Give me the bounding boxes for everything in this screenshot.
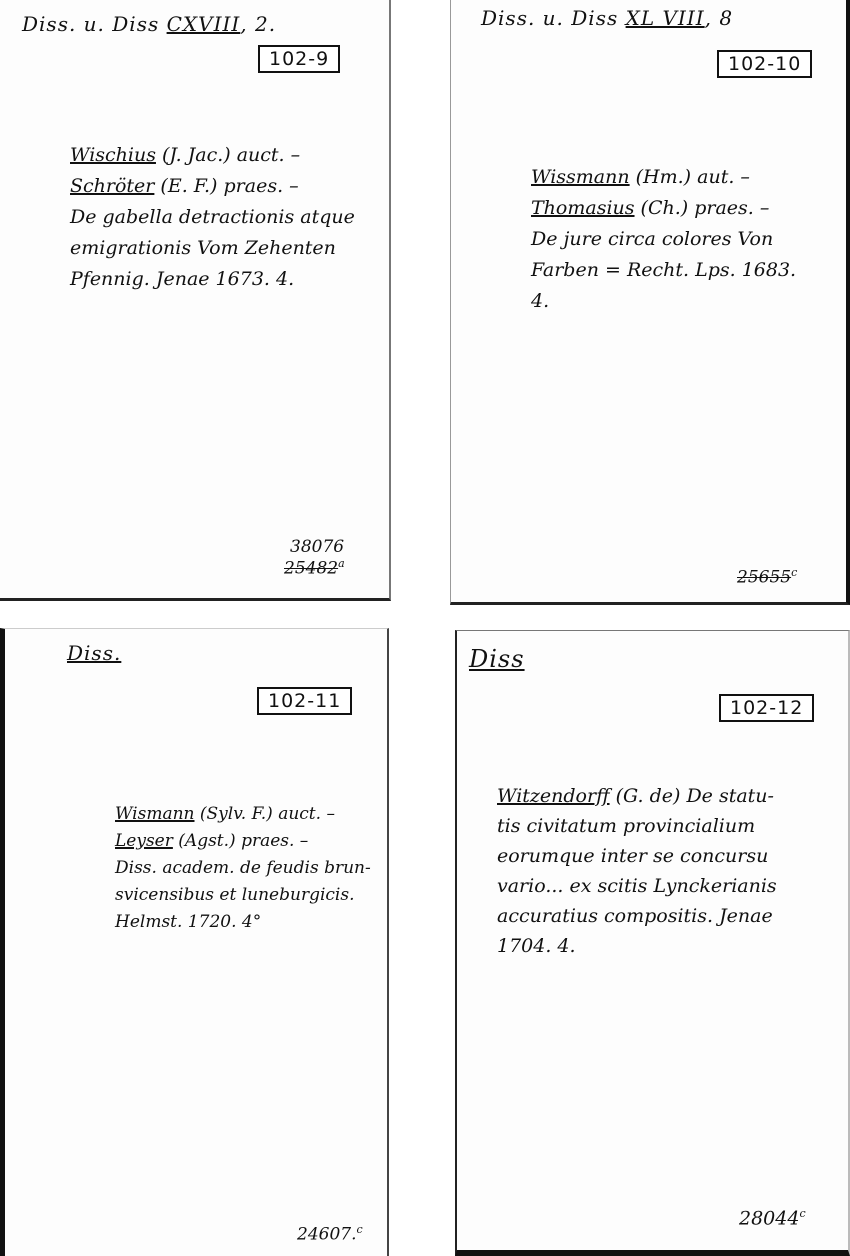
accession-suffix: a	[338, 557, 345, 570]
accession-number: 24607.c	[297, 1223, 363, 1245]
shelfmark-box: 102-10	[717, 50, 812, 78]
catalog-card-102-11: Diss. 102-11 Wismann (Sylv. F.) auct. – …	[0, 628, 389, 1256]
accession-suffix: c	[799, 1207, 805, 1220]
title-line: 1704. 4.	[497, 931, 777, 961]
shelfmark-box: 102-11	[257, 687, 352, 715]
title-line: De jure circa colores Von	[531, 224, 796, 255]
praeses-details: (Ch.) praes. –	[635, 197, 770, 219]
author-details: (G. de) De statu-	[610, 785, 774, 807]
collection-note: Diss. u. Diss XL VIII, 8	[481, 6, 733, 30]
catalog-card-102-9: Diss. u. Diss CXVIII, 2. 102-9 Wischius …	[0, 0, 391, 601]
title-line: Farben = Recht. Lps. 1683.	[531, 255, 796, 286]
author-details: (J. Jac.) auct. –	[156, 144, 300, 166]
author-name: Wissmann	[531, 166, 630, 188]
bibliographic-entry: Wismann (Sylv. F.) auct. – Leyser (Agst.…	[115, 801, 371, 936]
collection-note-prefix: Diss.	[67, 641, 121, 665]
author-name: Wischius	[70, 144, 156, 166]
accession-suffix: c	[356, 1223, 362, 1236]
struck-number: 25655	[737, 568, 791, 588]
shelfmark-box: 102-9	[258, 45, 340, 73]
collection-note-volume: XL VIII	[626, 6, 705, 30]
title-line: 4.	[531, 286, 796, 317]
catalog-card-102-10: Diss. u. Diss XL VIII, 8 102-10 Wissmann…	[450, 0, 850, 605]
title-line: Helmst. 1720. 4°	[115, 909, 371, 936]
accession-value: 28044	[739, 1207, 799, 1229]
struck-number: 25482	[284, 559, 338, 579]
title-line: De gabella detractionis atque	[70, 202, 355, 233]
title-line: vario... ex scitis Lynckerianis	[497, 871, 777, 901]
collection-note: Diss. u. Diss CXVIII, 2.	[22, 12, 276, 36]
praeses-name: Thomasius	[531, 197, 635, 219]
praeses-name: Schröter	[70, 175, 154, 197]
title-line: tis civitatum provincialium	[497, 811, 777, 841]
author-details: (Sylv. F.) auct. –	[195, 804, 335, 824]
bibliographic-entry: Wissmann (Hm.) aut. – Thomasius (Ch.) pr…	[531, 162, 796, 317]
praeses-details: (E. F.) praes. –	[154, 175, 298, 197]
accession-number: 28044c	[739, 1207, 806, 1229]
title-line: Diss. academ. de feudis brun-	[115, 855, 371, 882]
bibliographic-entry: Witzendorff (G. de) De statu- tis civita…	[497, 781, 777, 961]
collection-note-prefix: Diss. u. Diss	[22, 12, 167, 36]
accession-number: 38076	[290, 537, 344, 557]
accession-number-old: 25655c	[737, 566, 797, 588]
collection-note: Diss.	[67, 641, 121, 665]
title-line: emigrationis Vom Zehenten	[70, 233, 355, 264]
title-line: accuratius compositis. Jenae	[497, 901, 777, 931]
accession-suffix: c	[791, 566, 797, 579]
title-line: eorumque inter se concursu	[497, 841, 777, 871]
accession-value: 24607.	[297, 1225, 356, 1245]
collection-note: Diss	[469, 645, 525, 673]
shelfmark-box: 102-12	[719, 694, 814, 722]
author-details: (Hm.) aut. –	[630, 166, 750, 188]
author-name: Wismann	[115, 804, 195, 824]
catalog-card-102-12: Diss 102-12 Witzendorff (G. de) De statu…	[455, 630, 850, 1256]
praeses-details: (Agst.) praes. –	[173, 831, 308, 851]
collection-note-prefix: Diss	[469, 645, 525, 673]
title-line: svicensibus et luneburgicis.	[115, 882, 371, 909]
author-name: Witzendorff	[497, 785, 610, 807]
collection-note-suffix: , 8	[705, 6, 733, 30]
collection-note-suffix: , 2.	[240, 12, 276, 36]
collection-note-volume: CXVIII	[167, 12, 241, 36]
accession-number-old: 25482a	[284, 557, 345, 579]
title-line: Pfennig. Jenae 1673. 4.	[70, 264, 355, 295]
praeses-name: Leyser	[115, 831, 173, 851]
bibliographic-entry: Wischius (J. Jac.) auct. – Schröter (E. …	[70, 140, 355, 295]
collection-note-prefix: Diss. u. Diss	[481, 6, 626, 30]
